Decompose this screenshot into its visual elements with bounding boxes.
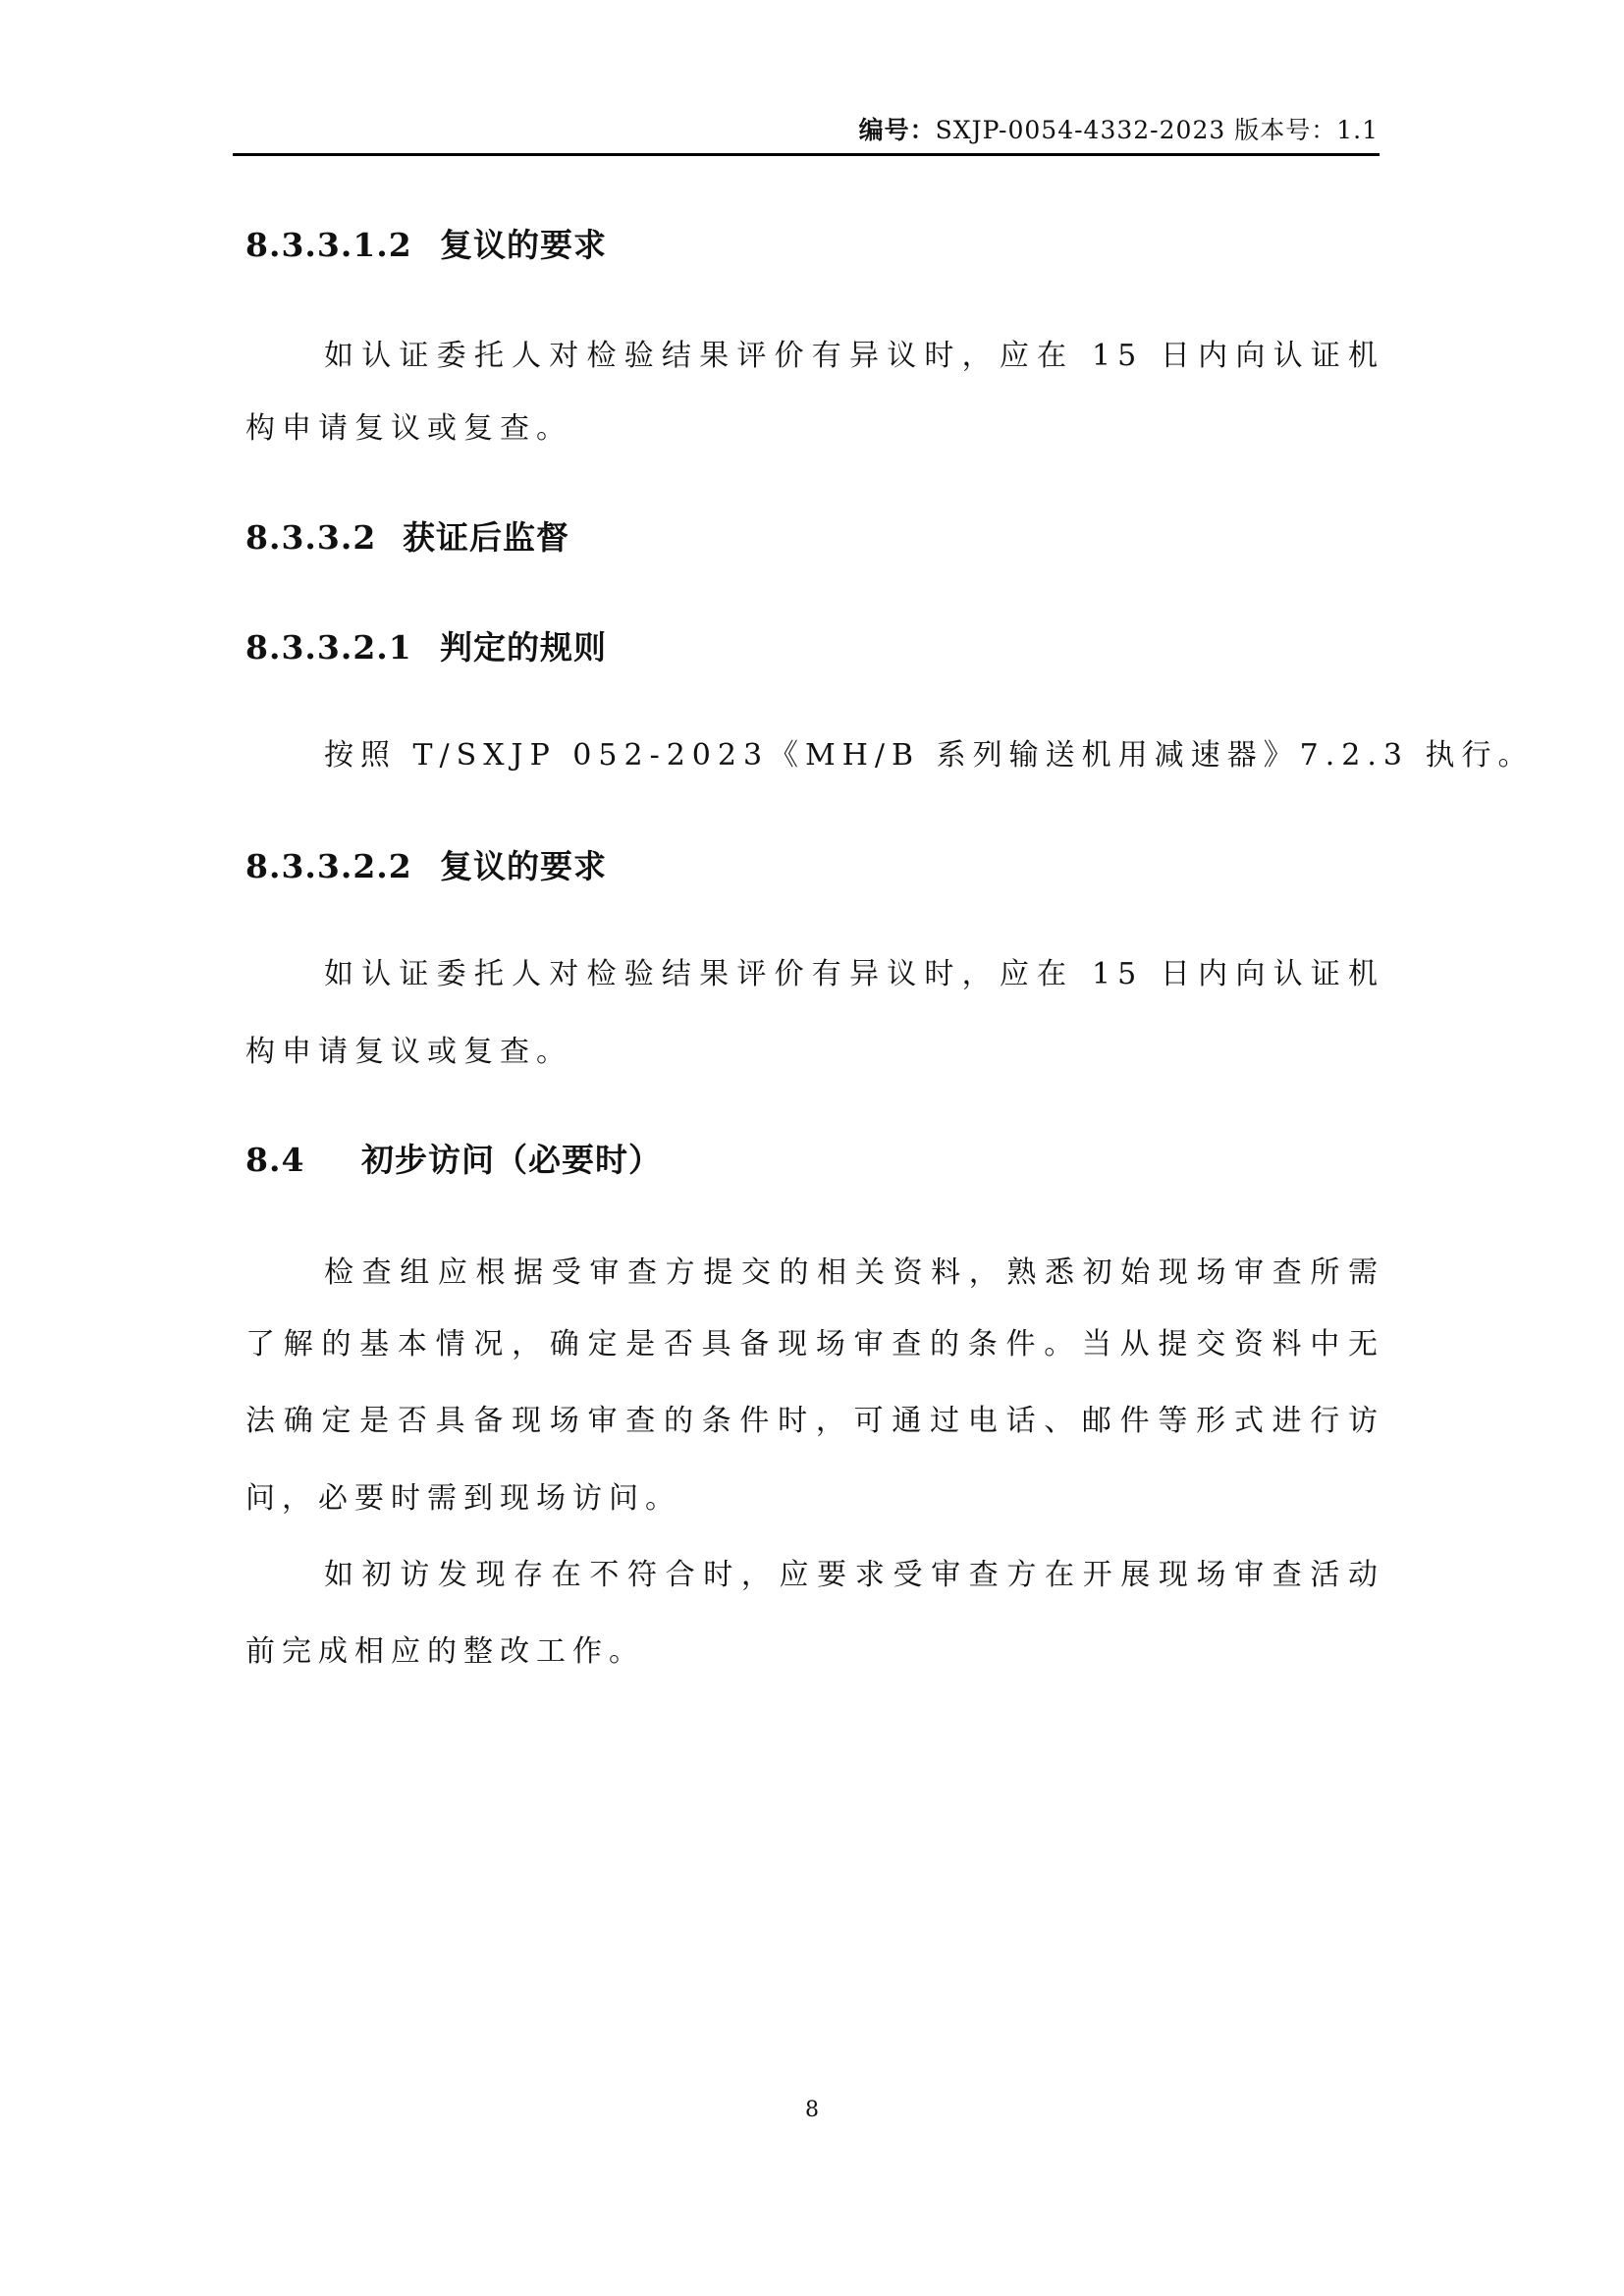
section-heading-8-3-3-2-1: 8.3.3.2.1判定的规则 bbox=[245, 626, 607, 669]
document-page: 编号：SXJP-0054-4332-2023 版本号：1.1 8.3.3.1.2… bbox=[0, 0, 1624, 2296]
doc-number-label: 编号： bbox=[859, 116, 936, 144]
paragraph-line: 按照 T/SXJP 052-2023《MH/B 系列输送机用减速器》7.2.3 … bbox=[324, 734, 1384, 777]
doc-number: SXJP-0054-4332-2023 bbox=[936, 116, 1226, 144]
version-label: 版本号： bbox=[1234, 116, 1336, 144]
section-heading-8-3-3-2-2: 8.3.3.2.2复议的要求 bbox=[245, 845, 607, 888]
paragraph-line: 了解的基本情况，确定是否具备现场审查的条件。当从提交资料中无 bbox=[245, 1323, 1384, 1366]
section-number: 8.3.3.2 bbox=[245, 516, 363, 560]
section-number: 8.4 bbox=[245, 1139, 314, 1182]
section-title: 复议的要求 bbox=[440, 845, 607, 888]
section-number: 8.3.3.2.2 bbox=[245, 845, 393, 888]
paragraph-line: 前完成相应的整改工作。 bbox=[245, 1630, 1384, 1674]
paragraph-line: 构申请复议或复查。 bbox=[245, 1031, 1384, 1074]
section-number: 8.3.3.1.2 bbox=[245, 224, 393, 267]
paragraph-line: 构申请复议或复查。 bbox=[245, 407, 1384, 451]
paragraph-line: 问，必要时需到现场访问。 bbox=[245, 1477, 1384, 1521]
section-number: 8.3.3.2.1 bbox=[245, 626, 393, 669]
version-number: 1.1 bbox=[1336, 116, 1379, 144]
paragraph-line: 如认证委托人对检验结果评价有异议时，应在 15 日内向认证机 bbox=[324, 953, 1384, 996]
header-rule bbox=[233, 153, 1380, 156]
paragraph-line: 如初访发现存在不符合时，应要求受审查方在开展现场审查活动 bbox=[324, 1554, 1384, 1597]
section-title: 初步访问（必要时） bbox=[361, 1139, 662, 1182]
section-title: 复议的要求 bbox=[440, 224, 607, 267]
section-heading-8-3-3-2: 8.3.3.2获证后监督 bbox=[245, 516, 569, 560]
document-header: 编号：SXJP-0054-4332-2023 版本号：1.1 bbox=[859, 112, 1379, 149]
paragraph-line: 检查组应根据受审查方提交的相关资料，熟悉初始现场审查所需 bbox=[324, 1252, 1384, 1295]
paragraph-line: 如认证委托人对检验结果评价有异议时，应在 15 日内向认证机 bbox=[324, 335, 1384, 378]
paragraph-line: 法确定是否具备现场审查的条件时，可通过电话、邮件等形式进行访 bbox=[245, 1400, 1384, 1443]
section-heading-8-4: 8.4初步访问（必要时） bbox=[245, 1139, 662, 1182]
section-title: 判定的规则 bbox=[440, 626, 607, 669]
page-number: 8 bbox=[0, 2097, 1624, 2124]
section-title: 获证后监督 bbox=[403, 516, 569, 560]
section-heading-8-3-3-1-2: 8.3.3.1.2复议的要求 bbox=[245, 224, 607, 267]
